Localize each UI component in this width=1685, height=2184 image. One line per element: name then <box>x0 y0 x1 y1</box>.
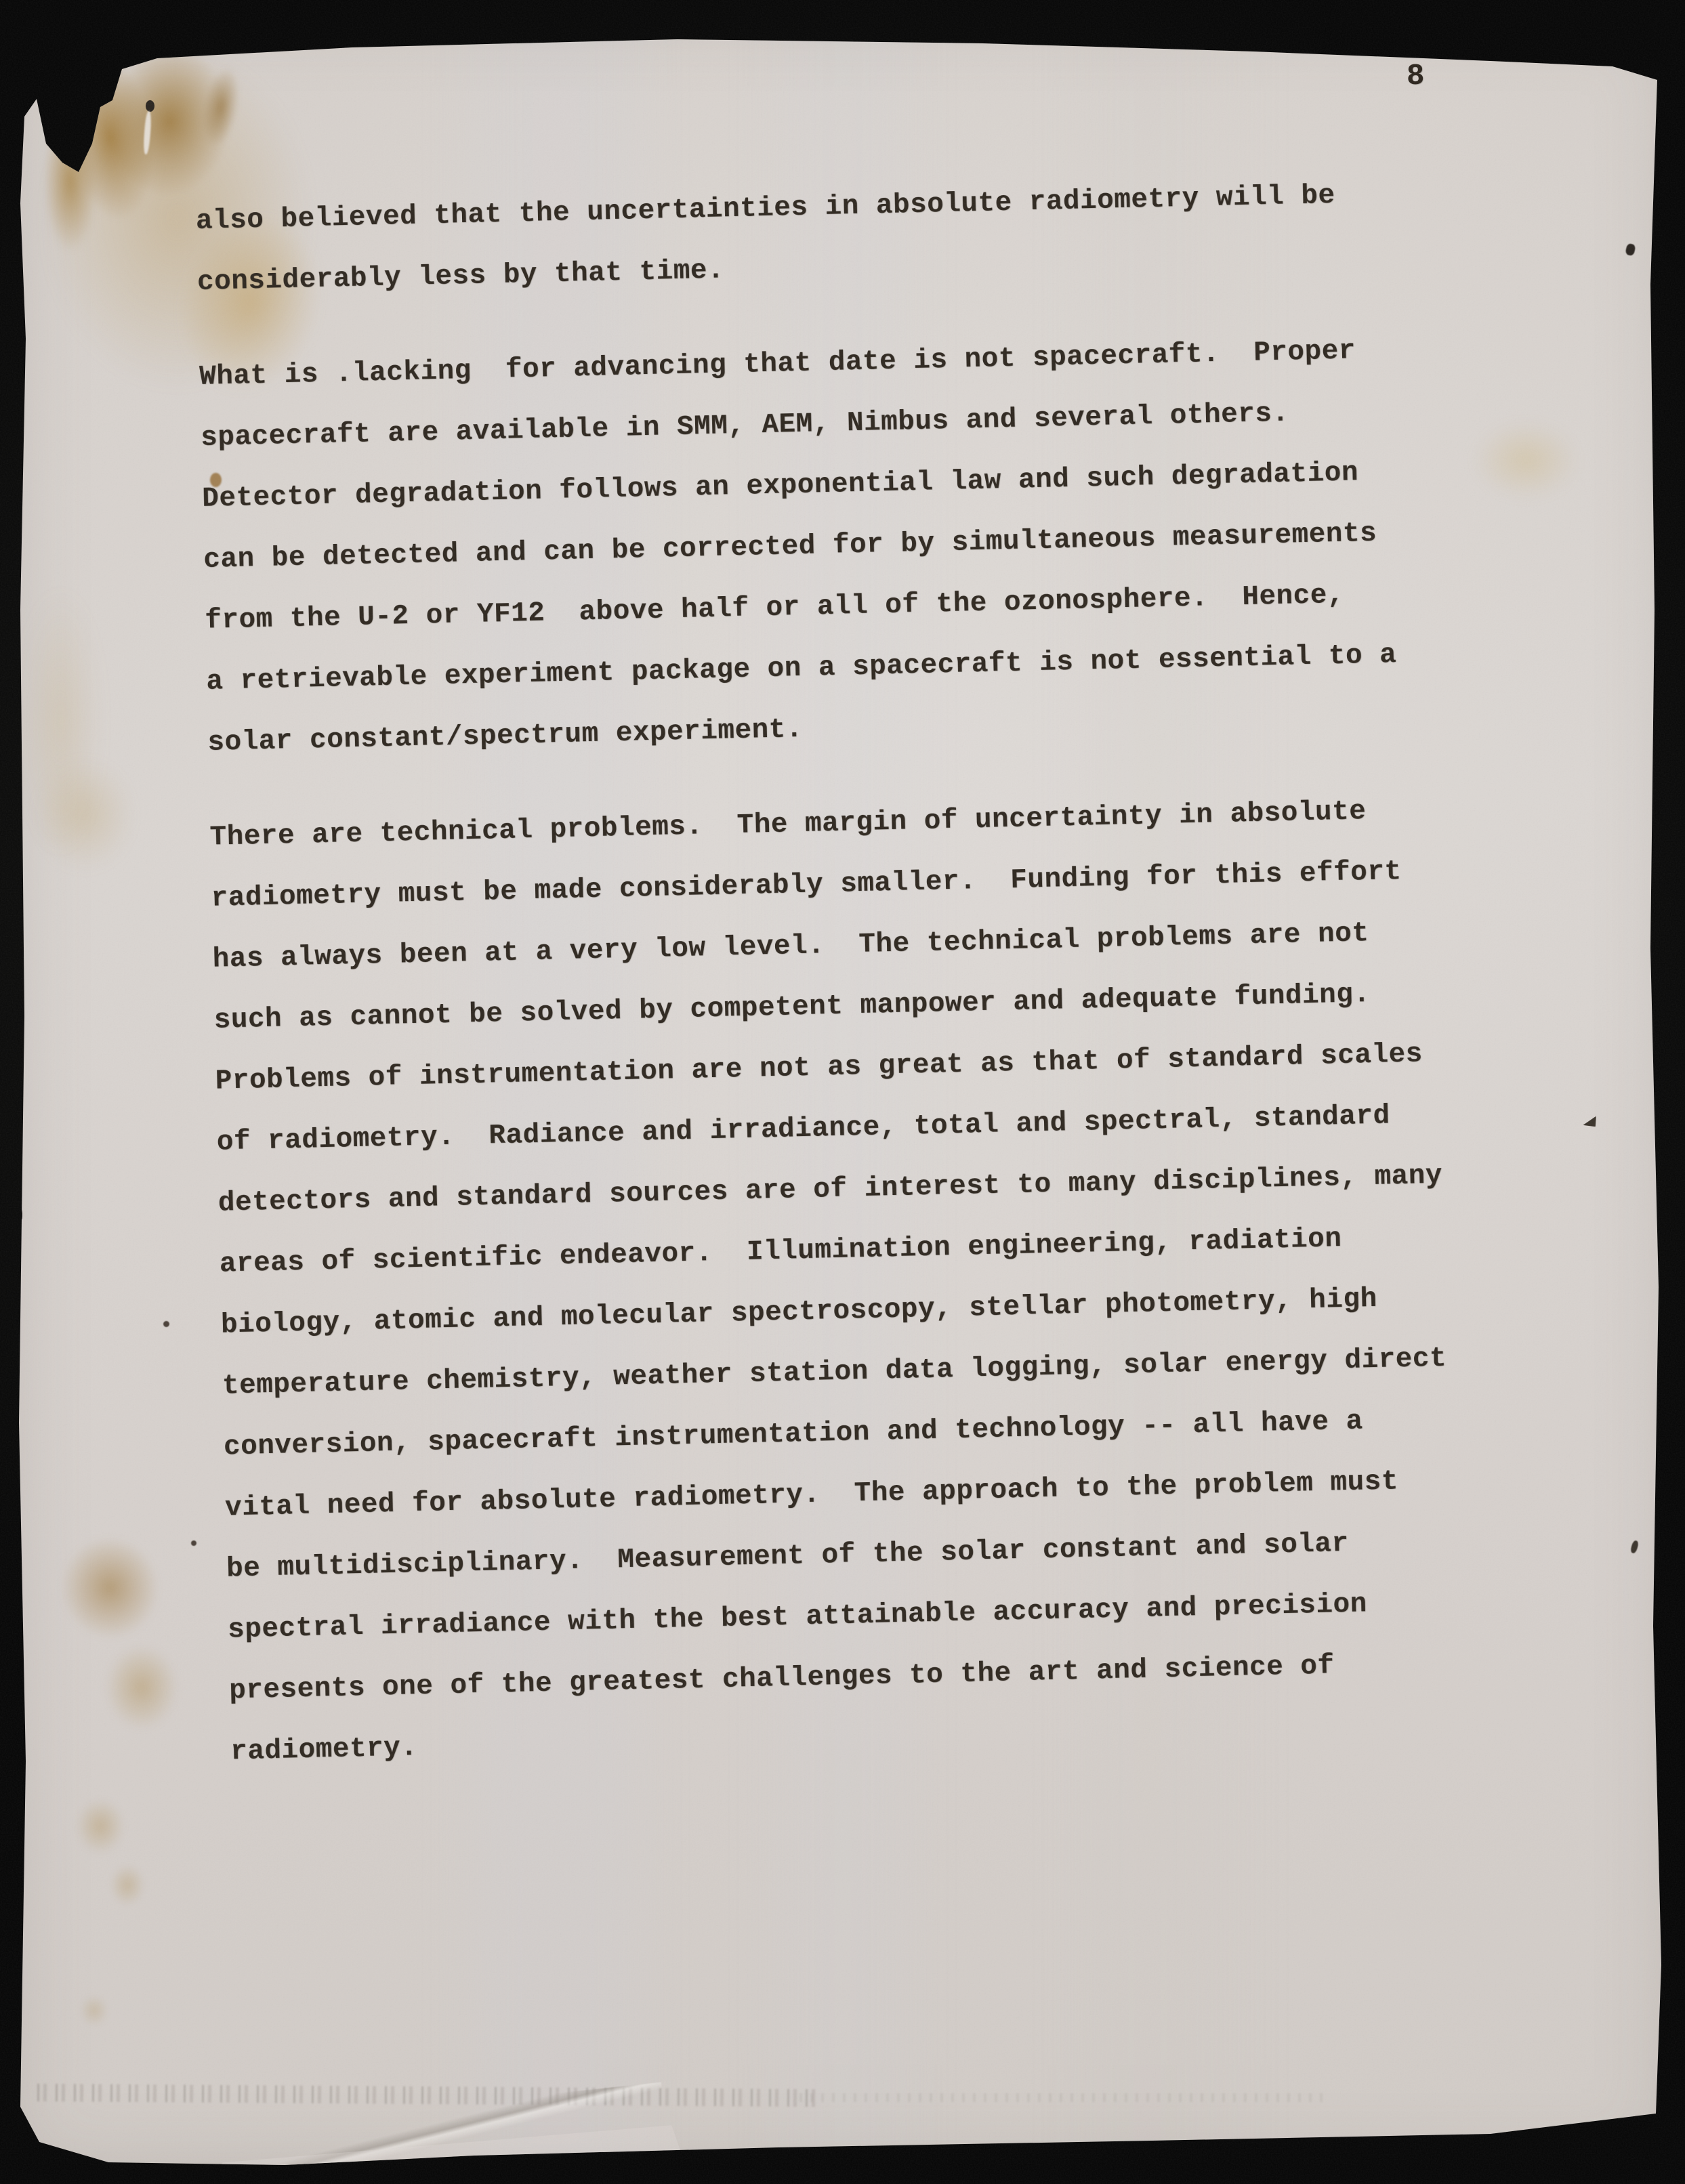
dust-fleck <box>65 27 68 30</box>
paragraph: There are technical problems. The margin… <box>209 779 1464 1782</box>
page-number: 8 <box>1406 60 1425 94</box>
paper-sheet: 8 also believed that the uncertainties i… <box>0 0 1685 2184</box>
document-text: also believed that the uncertainties in … <box>195 163 1465 1817</box>
edge-nick <box>15 1207 22 1222</box>
paragraph: What is .lacking for advancing that date… <box>199 319 1441 774</box>
dust-fleck <box>41 11 45 15</box>
scanned-page: 8 also believed that the uncertainties i… <box>0 0 1685 2184</box>
